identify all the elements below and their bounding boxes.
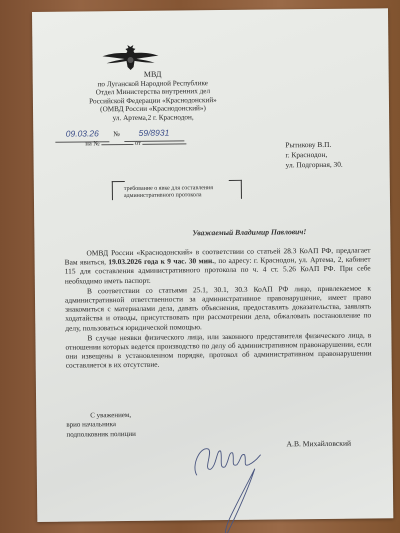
reference-row: на № от	[85, 139, 186, 147]
recipient-name: Рытикову В.П.	[285, 140, 342, 150]
paragraph-summons: ОМВД России «Краснодонский» в соответств…	[64, 245, 370, 285]
letter-body: ОМВД России «Краснодонский» в соответств…	[64, 245, 371, 371]
from-label: от	[135, 140, 141, 147]
subject-line: административного протокола	[124, 192, 234, 200]
signer-rank: подполковник полиции	[66, 430, 135, 440]
signatory-name: А.В. Михайловский	[286, 439, 351, 449]
closing-block: С уважением, врио начальника подполковни…	[66, 411, 136, 440]
paragraph-absence: В случае неявки физического лица, или за…	[65, 330, 371, 370]
recipient-city: г. Краснодон,	[285, 150, 342, 160]
double-headed-eagle-emblem-icon	[100, 43, 160, 72]
closing-phrase: С уважением,	[66, 411, 135, 421]
handwritten-signature	[186, 434, 297, 533]
number-label: №	[113, 130, 120, 138]
greeting: Уважаемый Владимир Павлович!	[192, 227, 306, 237]
subject-block: требование о явке для составления админи…	[112, 180, 242, 201]
handwritten-date: 09.03.26	[66, 128, 99, 138]
paragraph-rights: В соответствии со статьями 25.1, 30.1, 3…	[65, 283, 371, 332]
letter-page: МВД по Луганской Народной Республике Отд…	[32, 8, 393, 522]
organization-header: МВД по Луганской Народной Республике Отд…	[73, 70, 234, 123]
recipient-street: ул. Подгорная, 30.	[286, 159, 343, 169]
handwritten-number: 59/8931	[139, 128, 170, 138]
recipient-address: Рытикову В.П. г. Краснодон, ул. Подгорна…	[285, 140, 342, 170]
ref-label: на №	[85, 140, 99, 147]
